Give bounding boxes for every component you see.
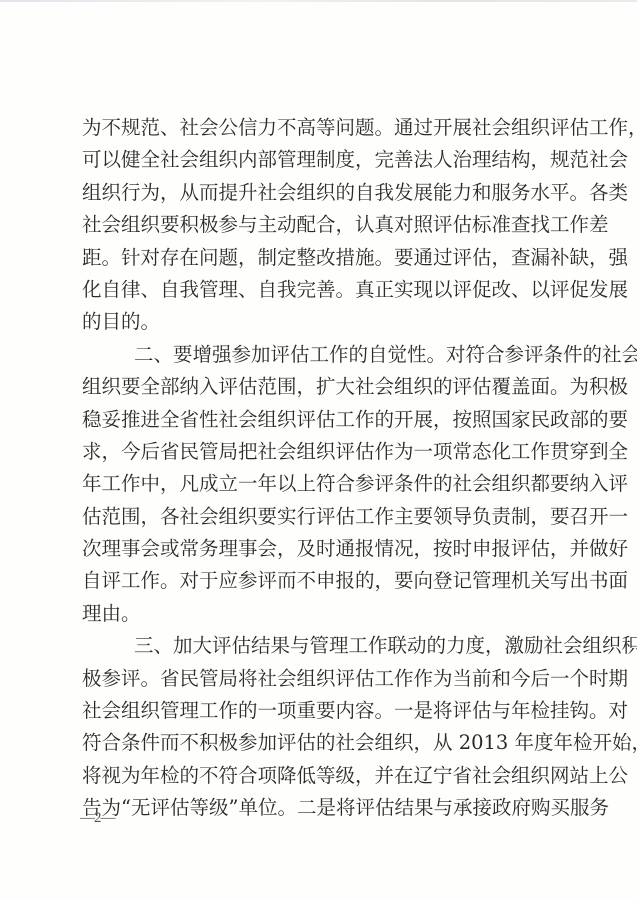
text-line: 组织要全部纳入评估范围，扩大社会组织的评估覆盖面。为积极 [82, 371, 554, 403]
paragraph-1: 为不规范、社会公信力不高等问题。通过开展社会组织评估工作， 可以健全社会组织内部… [82, 112, 554, 339]
paragraph-2: 二、要增强参加评估工作的自觉性。对符合参评条件的社会 组织要全部纳入评估范围，扩… [82, 339, 554, 631]
scan-top-edge [0, 0, 637, 2]
text-line: 告为“无评估等级”单位。二是将评估结果与承接政府购买服务 [82, 792, 554, 824]
section-heading-line: 二、要增强参加评估工作的自觉性。对符合参评条件的社会 [82, 339, 554, 371]
text-line: 年工作中，凡成立一年以上符合参评条件的社会组织都要纳入评 [82, 468, 554, 500]
text-line: 化自律、自我管理、自我完善。真正实现以评促改、以评促发展 [82, 274, 554, 306]
text-line: 自评工作。对于应参评而不申报的，要向登记管理机关写出书面 [82, 565, 554, 597]
text-line: 符合条件而不积极参加评估的社会组织，从 2013 年度年检开始， [82, 727, 554, 759]
text-line: 可以健全社会组织内部管理制度，完善法人治理结构，规范社会 [82, 144, 554, 176]
text-line: 组织行为，从而提升社会组织的自我发展能力和服务水平。各类 [82, 177, 554, 209]
text-line: 的目的。 [82, 306, 554, 338]
paragraph-3: 三、加大评估结果与管理工作联动的力度，激励社会组织积 极参评。省民管局将社会组织… [82, 630, 554, 824]
text-line: 次理事会或常务理事会，及时通报情况，按时申报评估，并做好 [82, 533, 554, 565]
text-line: 理由。 [82, 598, 554, 630]
text-line: 求，今后省民管局把社会组织评估作为一项常态化工作贯穿到全 [82, 436, 554, 468]
text-line: 社会组织管理工作的一项重要内容。一是将评估与年检挂钩。对 [82, 695, 554, 727]
text-line: 距。针对存在问题，制定整改措施。要通过评估，查漏补缺，强 [82, 242, 554, 274]
section-heading-line: 三、加大评估结果与管理工作联动的力度，激励社会组织积 [82, 630, 554, 662]
text-line: 估范围，各社会组织要实行评估工作主要领导负责制，要召开一 [82, 501, 554, 533]
text-line: 社会组织要积极参与主动配合，认真对照评估标准查找工作差 [82, 209, 554, 241]
text-line: 为不规范、社会公信力不高等问题。通过开展社会组织评估工作， [82, 112, 554, 144]
text-line: 稳妥推进全省性社会组织评估工作的开展，按照国家民政部的要 [82, 404, 554, 436]
text-line: 极参评。省民管局将社会组织评估工作作为当前和今后一个时期 [82, 663, 554, 695]
document-body: 为不规范、社会公信力不高等问题。通过开展社会组织评估工作， 可以健全社会组织内部… [82, 112, 554, 825]
text-line: 将视为年检的不符合项降低等级，并在辽宁省社会组织网站上公 [82, 760, 554, 792]
page-number: —2— [80, 808, 115, 828]
